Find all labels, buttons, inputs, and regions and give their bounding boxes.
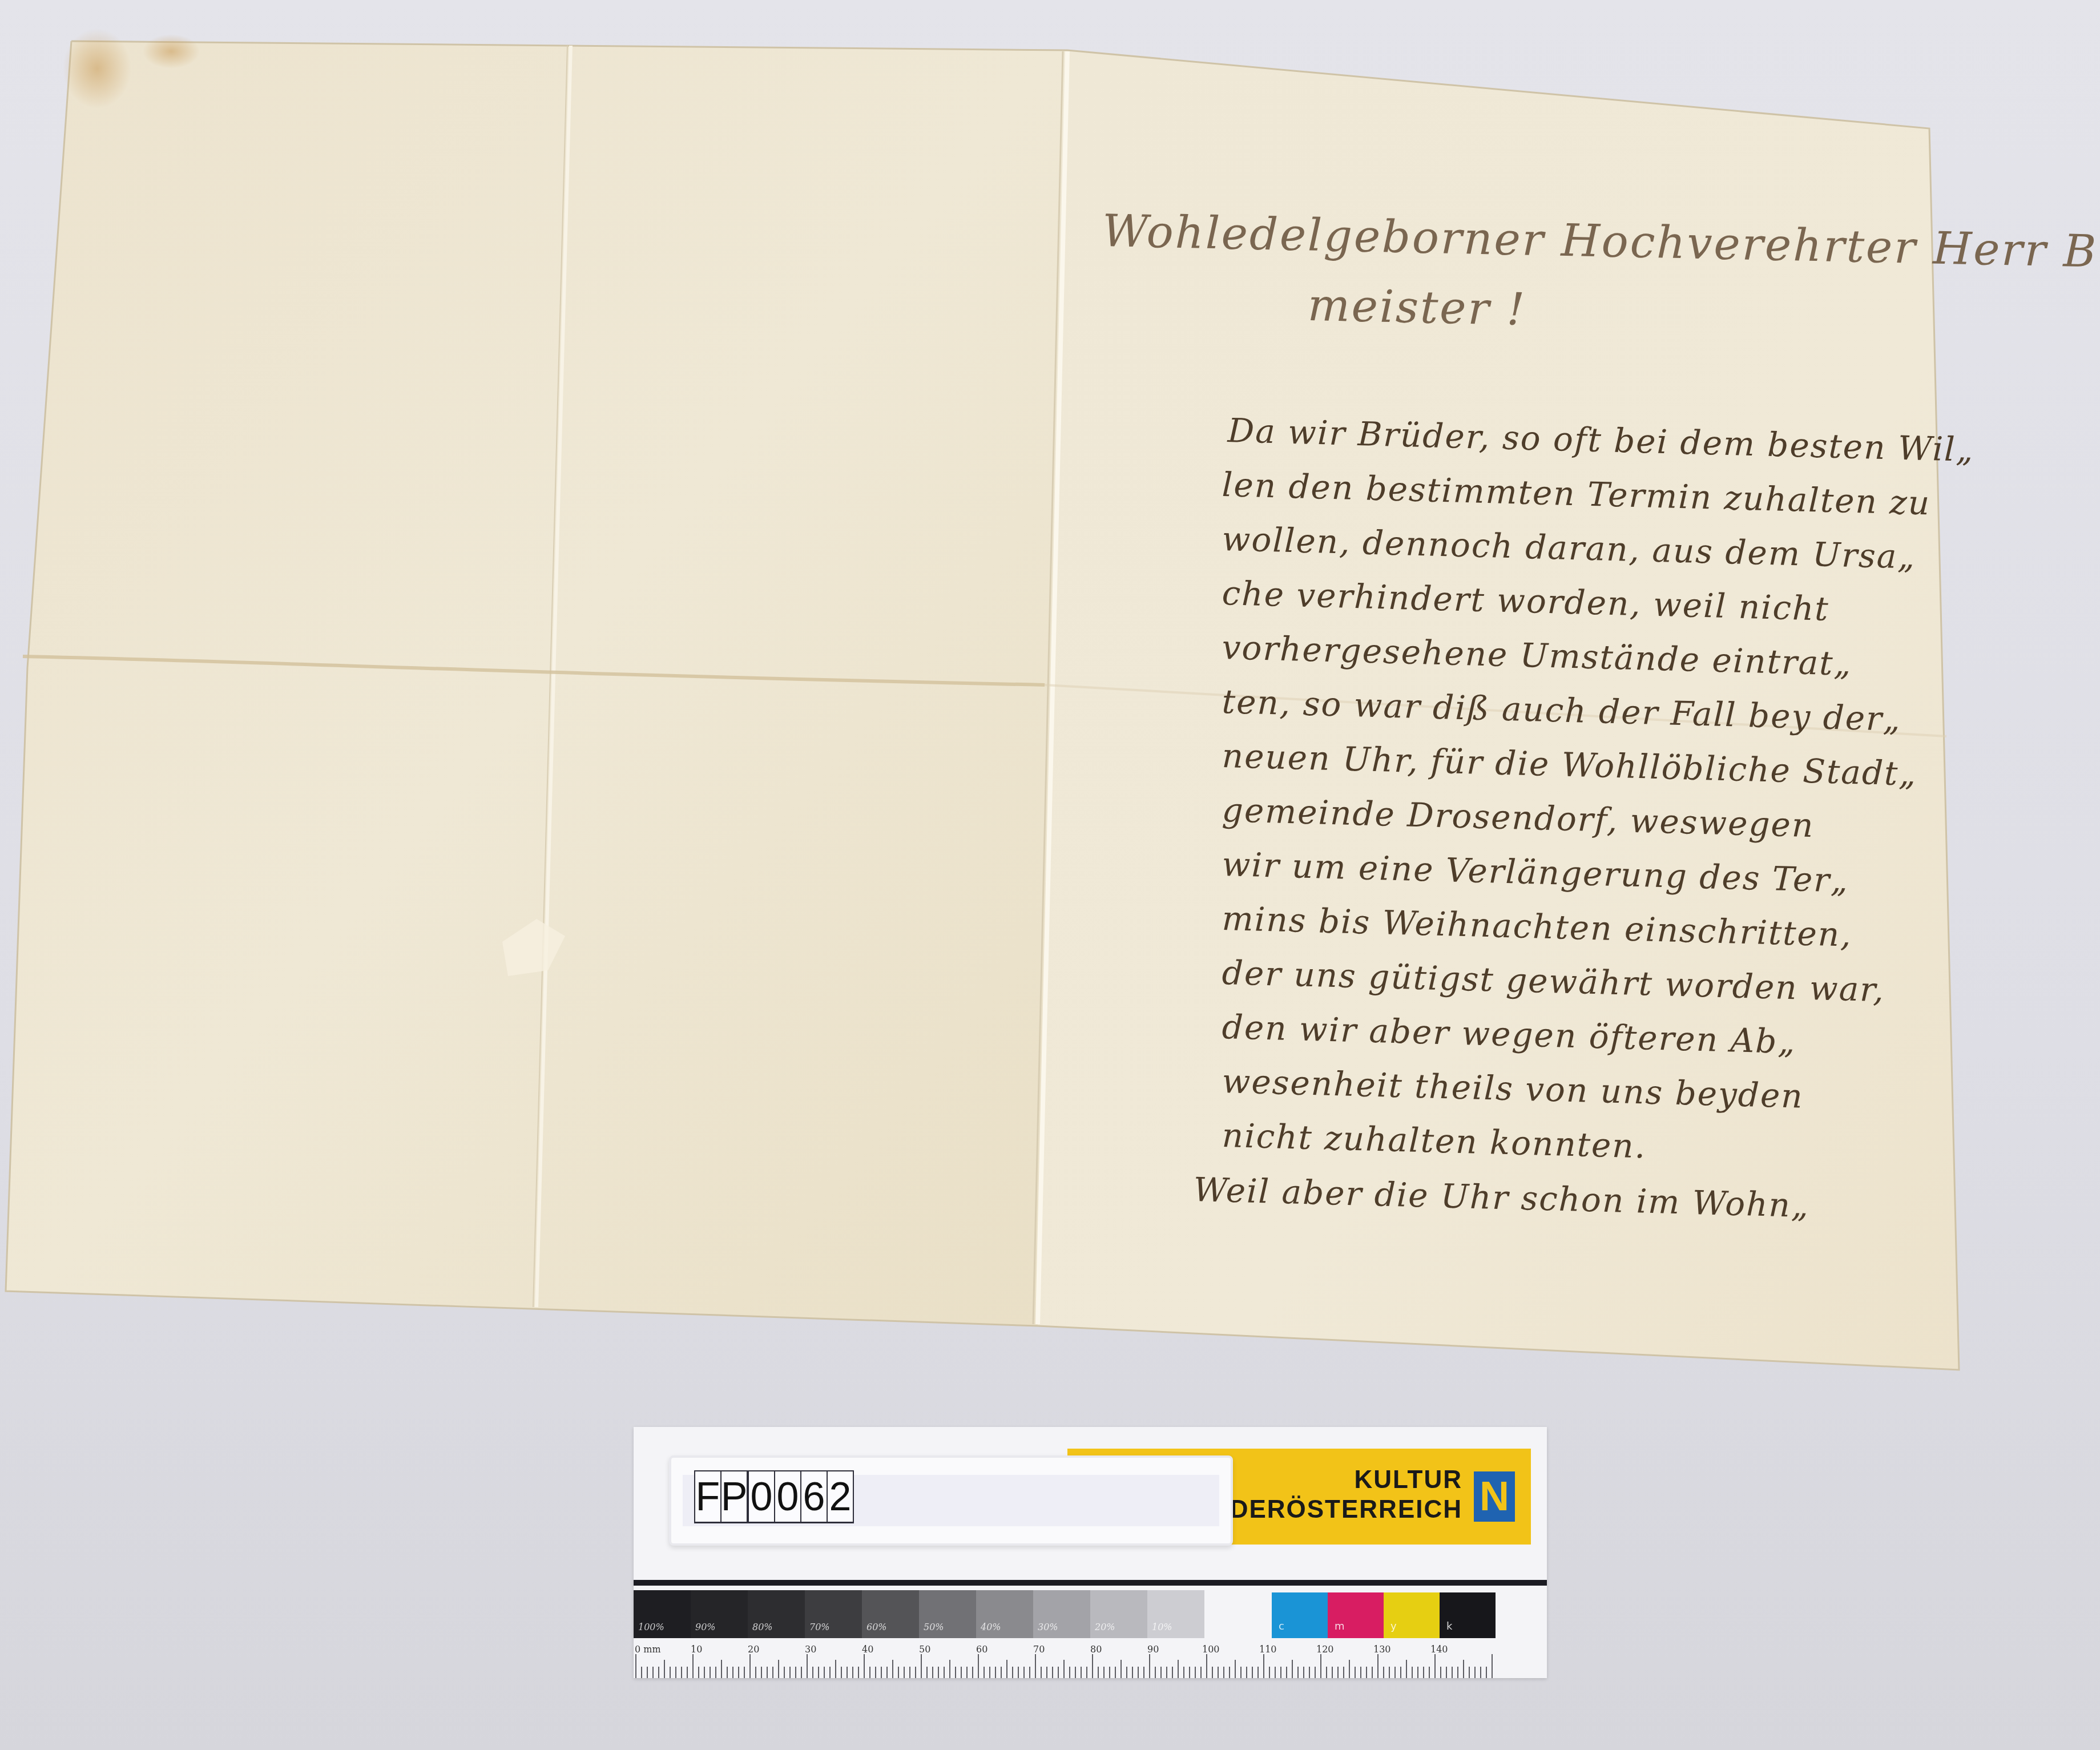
gray-step: 100% xyxy=(634,1590,691,1638)
gray-step: 40% xyxy=(976,1590,1033,1638)
gray-step: 70% xyxy=(805,1590,862,1638)
archive-id-holder: F P 0 0 6 2 xyxy=(669,1455,1233,1546)
mm-ruler: 0 mm 10 20 30 40 50 60 70 80 90 100 110 … xyxy=(634,1644,1547,1678)
id-tile: 2 xyxy=(827,1470,854,1523)
gray-step: 10% xyxy=(1147,1590,1204,1638)
cyan-patch: c xyxy=(1272,1592,1328,1638)
gray-step: 80% xyxy=(748,1590,805,1638)
yellow-patch: y xyxy=(1384,1592,1440,1638)
id-tile: P xyxy=(720,1470,748,1523)
grayscale-strip: 100% 90% 80% 70% 60% 50% 40% 30% 20% 10% xyxy=(634,1590,1204,1638)
noe-logo-icon: N xyxy=(1474,1471,1515,1522)
magenta-patch: m xyxy=(1328,1592,1384,1638)
brand-line-1: KULTUR xyxy=(1354,1466,1462,1494)
salutation-line-2: meister ! xyxy=(1307,280,1527,336)
cmyk-strip: c m y k xyxy=(1272,1592,1496,1638)
id-tile: F xyxy=(694,1470,722,1523)
gray-step: 30% xyxy=(1033,1590,1090,1638)
card-divider xyxy=(634,1580,1547,1586)
color-scale-card: KULTUR NIEDERÖSTERREICH N F P 0 0 6 2 10… xyxy=(634,1427,1547,1678)
gray-step: 90% xyxy=(691,1590,748,1638)
id-tile: 0 xyxy=(748,1470,775,1523)
black-patch: k xyxy=(1440,1592,1496,1638)
id-tile: 0 xyxy=(774,1470,801,1523)
ruler-ticks xyxy=(634,1644,1547,1678)
logo-letter: N xyxy=(1480,1473,1509,1520)
gray-step: 50% xyxy=(919,1590,976,1638)
id-tile: 6 xyxy=(800,1470,828,1523)
gray-step: 60% xyxy=(862,1590,919,1638)
gray-step: 20% xyxy=(1090,1590,1147,1638)
